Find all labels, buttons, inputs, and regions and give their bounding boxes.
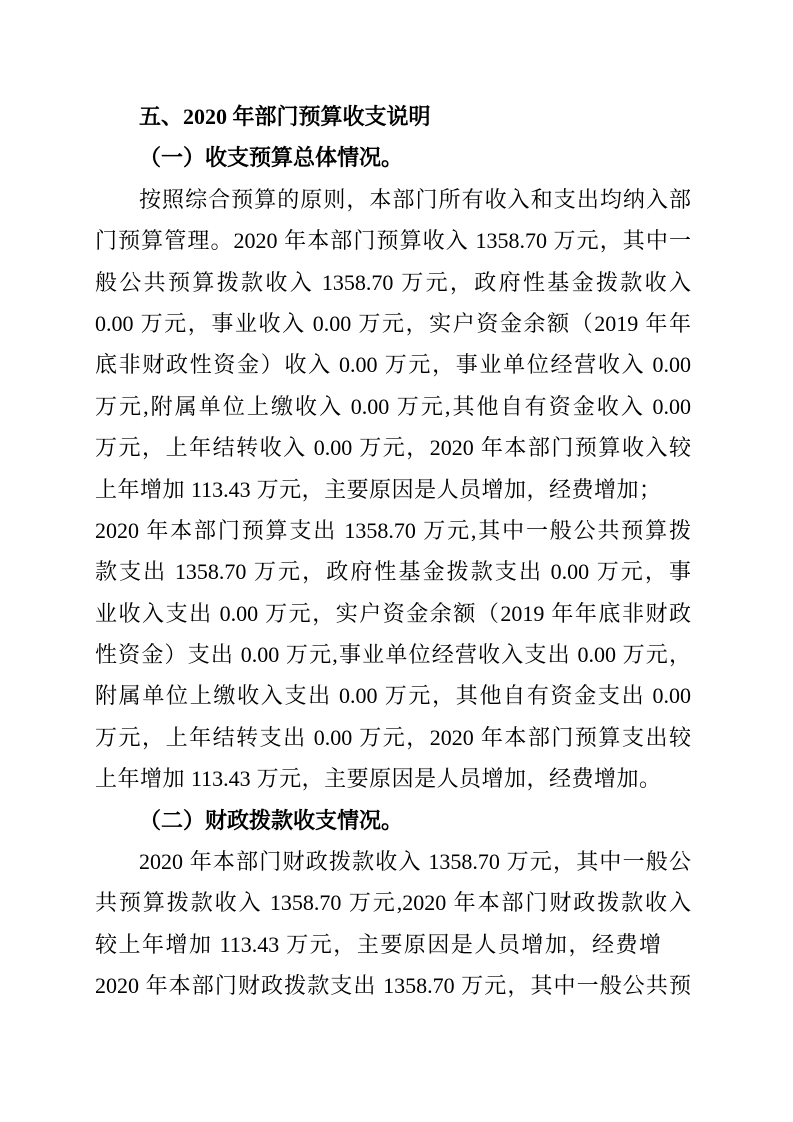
section-1-heading: （一）收支预算总体情况。	[95, 137, 691, 178]
paragraph-line: 2020 年本部门预算支出 1358.70 万元,其中一般公共预算拨	[95, 510, 691, 551]
doc-title: 五、2020 年部门预算收支说明	[95, 96, 691, 137]
paragraph-line: 万元,附属单位上缴收入 0.00 万元,其他自有资金收入 0.00	[95, 386, 691, 427]
section-2-heading: （二）财政拨款收支情况。	[95, 800, 691, 841]
paragraph-line: 门预算管理。2020 年本部门预算收入 1358.70 万元，其中一	[95, 220, 691, 261]
paragraph-line: 款支出 1358.70 万元，政府性基金拨款支出 0.00 万元，事	[95, 551, 691, 592]
paragraph-line: 业收入支出 0.00 万元，实户资金余额（2019 年年底非财政	[95, 593, 691, 634]
paragraph-line: 较上年增加 113.43 万元，主要原因是人员增加，经费增加。	[95, 924, 691, 965]
paragraph-line: 按照综合预算的原则，本部门所有收入和支出均纳入部	[95, 179, 691, 220]
paragraph-line: 万元，上年结转支出 0.00 万元，2020 年本部门预算支出较	[95, 717, 691, 758]
paragraph-line: 附属单位上缴收入支出 0.00 万元，其他自有资金支出 0.00	[95, 675, 691, 716]
paragraph-line: 般公共预算拨款收入 1358.70 万元，政府性基金拨款收入	[95, 262, 691, 303]
document-page: 五、2020 年部门预算收支说明 （一）收支预算总体情况。 按照综合预算的原则，…	[0, 0, 793, 1122]
paragraph-line: 性资金）支出 0.00 万元,事业单位经营收入支出 0.00 万元，	[95, 634, 691, 675]
paragraph-line: 万元，上年结转收入 0.00 万元，2020 年本部门预算收入较	[95, 427, 691, 468]
paragraph-line: 上年增加 113.43 万元，主要原因是人员增加，经费增加；	[95, 469, 691, 510]
paragraph-line: 2020 年本部门财政拨款收入 1358.70 万元，其中一般公	[95, 841, 691, 882]
paragraph-line: 0.00 万元，事业收入 0.00 万元，实户资金余额（2019 年年	[95, 303, 691, 344]
paragraph-line: 底非财政性资金）收入 0.00 万元，事业单位经营收入 0.00	[95, 344, 691, 385]
document-content: 五、2020 年部门预算收支说明 （一）收支预算总体情况。 按照综合预算的原则，…	[95, 96, 691, 1007]
paragraph-line: 2020 年本部门财政拨款支出 1358.70 万元，其中一般公共预	[95, 965, 691, 1006]
paragraph-line: 共预算拨款收入 1358.70 万元,2020 年本部门财政拨款收入	[95, 882, 691, 923]
paragraph-line: 上年增加 113.43 万元，主要原因是人员增加，经费增加。	[95, 758, 691, 799]
